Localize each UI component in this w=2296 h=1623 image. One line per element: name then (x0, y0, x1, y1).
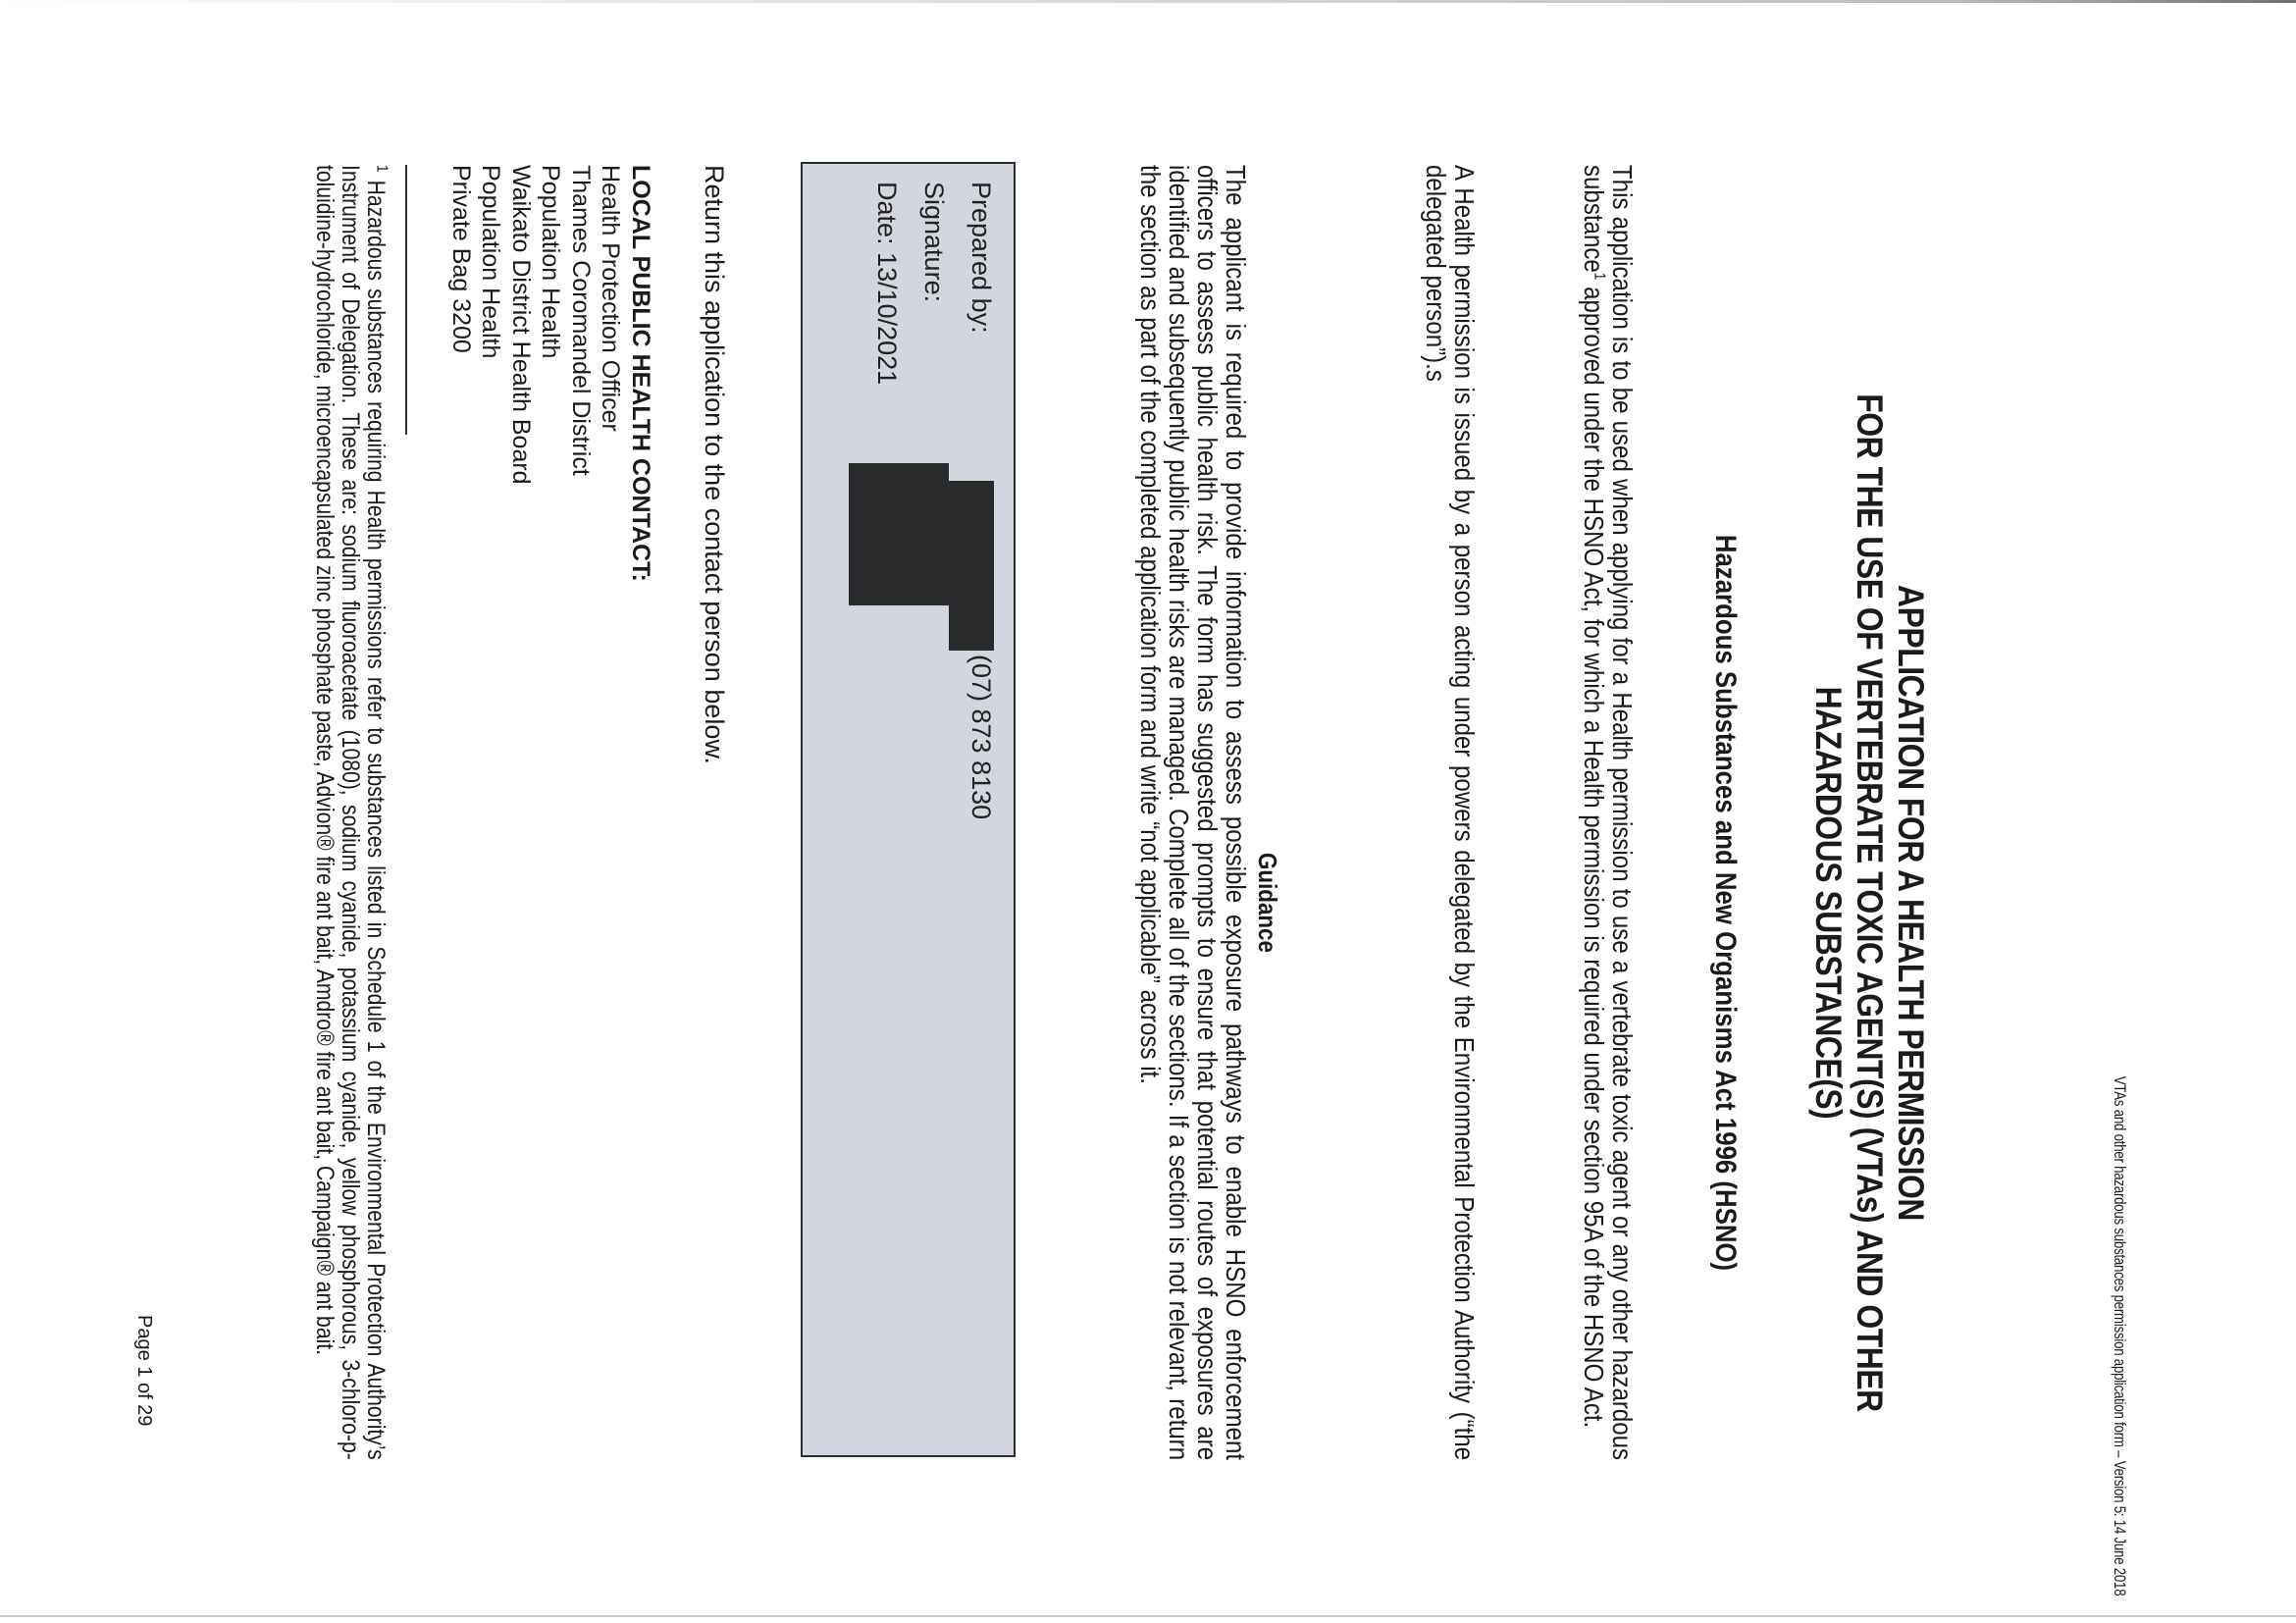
document-page-rotated: VTAs and other hazardous substances perm… (0, 0, 2296, 1623)
return-instruction: Return this application to the contact p… (699, 165, 729, 764)
contact-line: Population Health (536, 165, 566, 582)
title-line-3: HAZARDOUS SUBSTANCE(S) (1807, 295, 1849, 1510)
intro-p1-text-b: approved under the HSNO Act, for which a… (1579, 280, 1609, 1428)
guidance-text: The applicant is required to provide inf… (1136, 165, 1250, 1460)
document-title: APPLICATION FOR A HEALTH PERMISSION FOR … (1807, 196, 1931, 1609)
guidance-heading: Guidance (1252, 295, 1282, 1510)
footnote-reference[interactable]: 1 (1591, 273, 1607, 281)
document-subtitle: Hazardous Substances and New Organisms A… (1708, 295, 1742, 1510)
footnote-separator (405, 165, 407, 435)
date-label: Date: (872, 182, 902, 245)
date-value: 13/10/2021 (872, 252, 902, 385)
footnote-marker: 1 (373, 165, 390, 173)
contact-heading: LOCAL PUBLIC HEALTH CONTACT: (626, 165, 656, 582)
contact-line: Health Protection Officer (596, 165, 626, 582)
intro-paragraph-2: A Health permission is issued by a perso… (1422, 165, 1479, 1460)
contact-line: Waikato District Health Board (506, 165, 537, 582)
preparer-info-box: Prepared by: (07) 873 8130 Signature: Da… (801, 162, 1016, 1457)
intro-paragraph-1: This application is to be used when appl… (1580, 165, 1637, 1460)
prepared-by-label: Prepared by: (965, 182, 996, 334)
footnote: 1 Hazardous substances requiring Health … (312, 165, 389, 1460)
running-header: VTAs and other hazardous substances perm… (2110, 1076, 2129, 1413)
contact-block: LOCAL PUBLIC HEALTH CONTACT: Health Prot… (446, 165, 656, 582)
intro-p2-text: A Health permission is issued by a perso… (1422, 165, 1479, 1460)
contact-line: Population Health (476, 165, 506, 582)
prepared-by-redaction (949, 481, 994, 651)
title-line-1: APPLICATION FOR A HEALTH PERMISSION (1890, 295, 1931, 1510)
page-number: Page 1 of 29 (132, 1315, 155, 1426)
footnote-text: Hazardous substances requiring Health pe… (311, 165, 390, 1460)
signature-label: Signature: (918, 182, 949, 302)
title-line-2: FOR THE USE OF VERTEBRATE TOXIC AGENT(S)… (1849, 295, 1890, 1510)
contact-line: Private Bag 3200 (446, 165, 477, 582)
date-line: Date: 13/10/2021 (871, 182, 902, 385)
signature-redaction (849, 463, 949, 605)
phone-number: (07) 873 8130 (965, 654, 996, 819)
contact-line: Thames Coromandel District (566, 165, 597, 582)
guidance-paragraph: The applicant is required to provide inf… (1136, 165, 1250, 1460)
